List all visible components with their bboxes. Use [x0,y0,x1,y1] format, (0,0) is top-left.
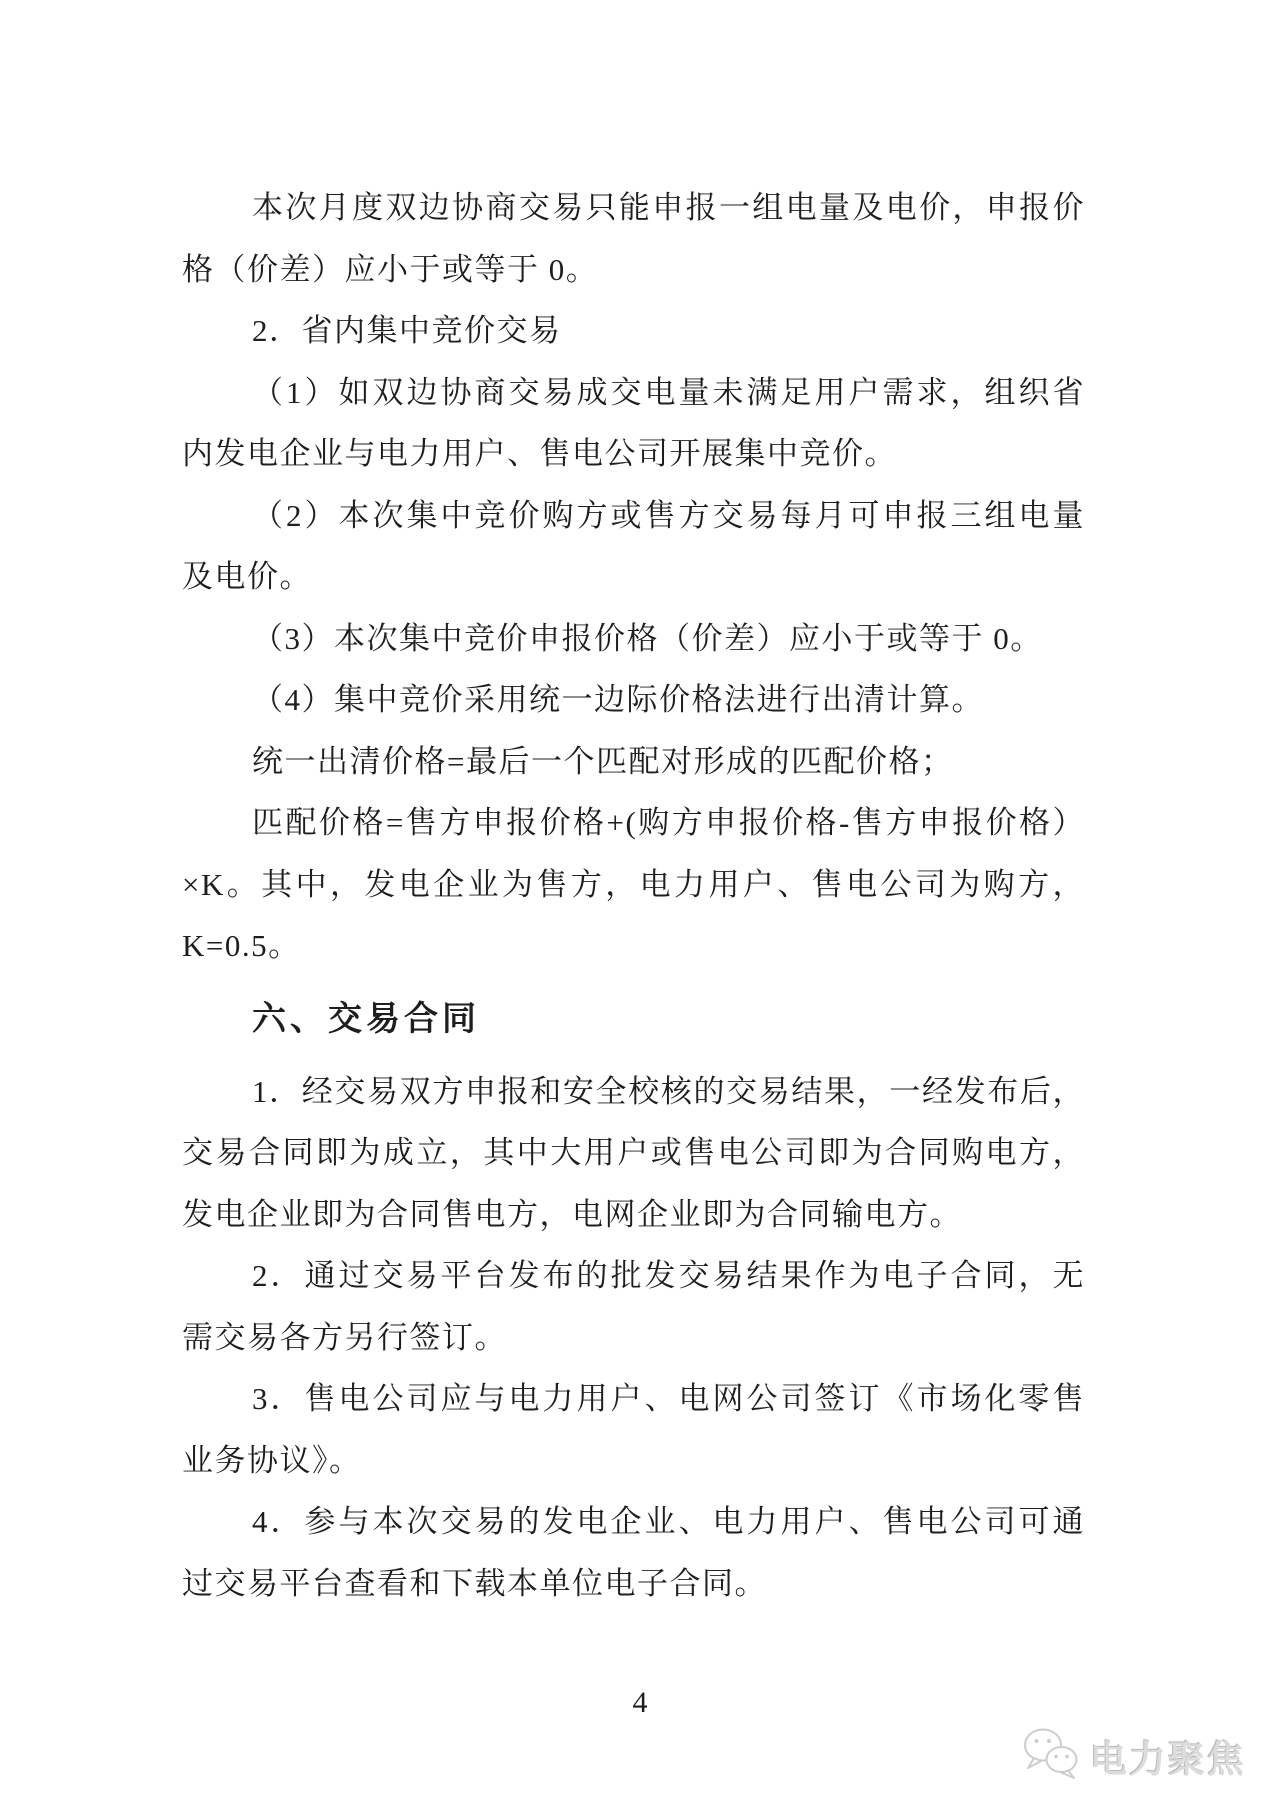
text-line: （2）本次集中竞价购方或售方交易每月可申报三组电量 [182,485,1085,547]
text-line: 交易合同即为成立，其中大用户或售电公司即为合同购电方， [182,1122,1085,1184]
text-line: （4）集中竞价采用统一边际价格法进行出清计算。 [182,669,1085,731]
document-page: 本次月度双边协商交易只能申报一组电量及电价，申报价 格（价差）应小于或等于 0。… [0,0,1280,1810]
text-line: 需交易各方另行签订。 [182,1307,1085,1369]
text-line: 1．经交易双方申报和安全校核的交易结果，一经发布后， [182,1061,1085,1123]
body-text: 本次月度双边协商交易只能申报一组电量及电价，申报价 格（价差）应小于或等于 0。… [182,177,1085,1614]
text-line: （3）本次集中竞价申报价格（价差）应小于或等于 0。 [182,608,1085,670]
text-line: 2．通过交易平台发布的批发交易结果作为电子合同，无 [182,1245,1085,1307]
text-line: 2．省内集中竞价交易 [182,300,1085,362]
text-line: 统一出清价格=最后一个匹配对形成的匹配价格； [182,731,1085,793]
text-line: 业务协议》。 [182,1430,1085,1492]
text-line: 4．参与本次交易的发电企业、电力用户、售电公司可通 [182,1491,1085,1553]
text-line: 内发电企业与电力用户、售电公司开展集中竞价。 [182,423,1085,485]
text-line: 3．售电公司应与电力用户、电网公司签订《市场化零售 [182,1368,1085,1430]
text-line: 发电企业即为合同售电方，电网企业即为合同输电方。 [182,1184,1085,1246]
watermark-label: 电力聚焦 [1090,1729,1246,1783]
text-line: ×K。其中，发电企业为售方，电力用户、售电公司为购方， [182,854,1085,916]
section-heading: 六、交易合同 [182,987,1085,1051]
text-line: 过交易平台查看和下载本单位电子合同。 [182,1553,1085,1615]
text-line: 及电价。 [182,546,1085,608]
text-line: 匹配价格=售方申报价格+(购方申报价格-售方申报价格） [182,792,1085,854]
text-line: K=0.5。 [182,915,1085,977]
wechat-logo-icon [1022,1726,1080,1785]
text-line: （1）如双边协商交易成交电量未满足用户需求，组织省 [182,362,1085,424]
text-line: 格（价差）应小于或等于 0。 [182,239,1085,301]
page-number: 4 [0,1686,1280,1720]
text-line: 本次月度双边协商交易只能申报一组电量及电价，申报价 [182,177,1085,239]
watermark: 电力聚焦 [1022,1726,1246,1785]
